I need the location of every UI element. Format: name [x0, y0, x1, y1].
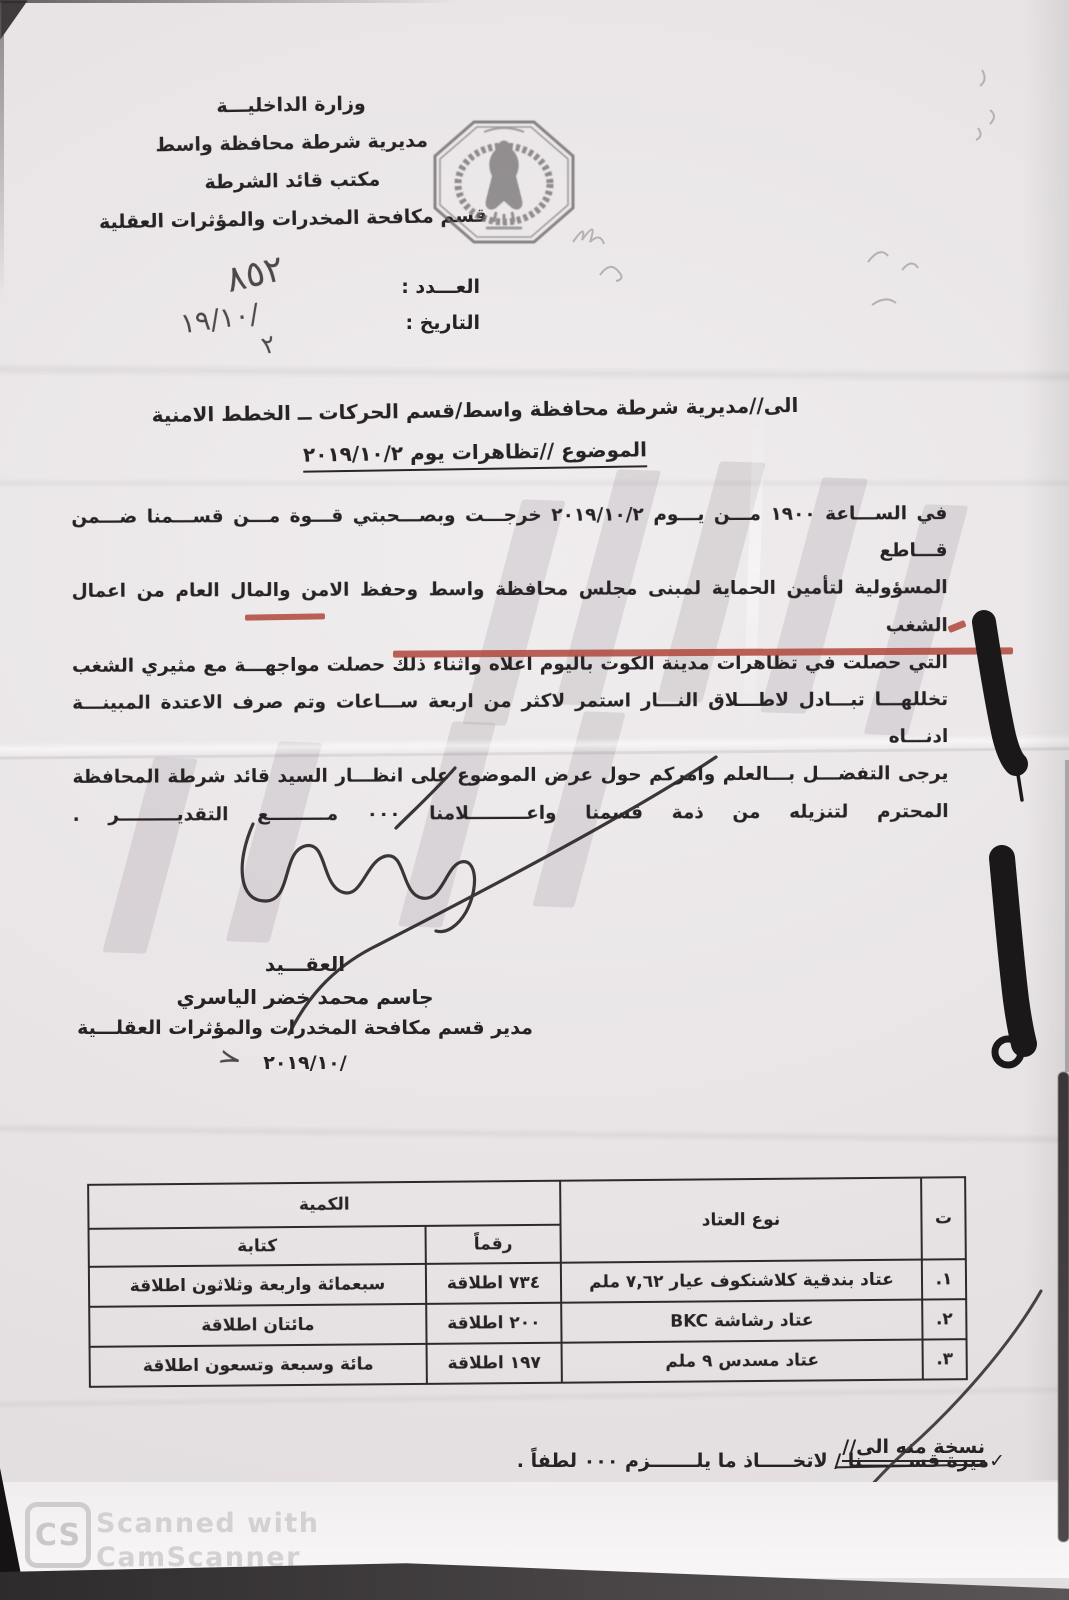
camscanner-text: CamScanner [96, 1542, 301, 1573]
scanned-document-page: وزارة الداخليـــة مديرية شرطة محافظة واس… [0, 0, 1069, 1600]
ink-overlay [0, 0, 1069, 1600]
camscanner-logo-icon: CS [25, 1502, 91, 1568]
camscanner-logo-text: CS [35, 1518, 81, 1553]
scanned-with-text: Scanned with [96, 1508, 319, 1539]
signature-strokes [242, 757, 716, 1034]
pen-stroke-through-copy-line [861, 1291, 1041, 1497]
faint-pencil-marks [573, 70, 994, 305]
binder-ink-marks [984, 622, 1024, 1065]
